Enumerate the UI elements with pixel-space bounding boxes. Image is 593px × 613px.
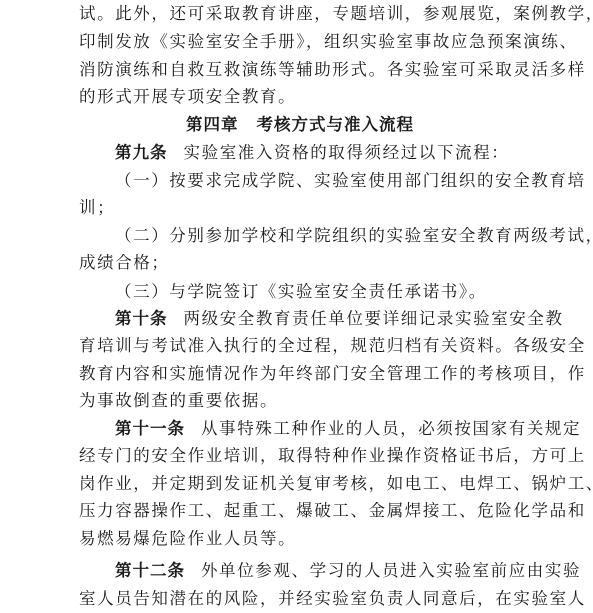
article-9-line: 第九条实验室准入资格的取得须经过以下流程：: [115, 140, 509, 166]
article-9-item-2: （二）分别参加学校和学院组织的实验室安全教育两级考试，: [115, 223, 593, 249]
article-10-line-4: 为事故倒查的重要依据。: [79, 388, 278, 414]
article-9-item-1-cont: 训；: [79, 195, 115, 221]
article-9-label: 第九条: [115, 143, 168, 162]
article-11-line-5: 易燃易爆危险作业人员等。: [79, 526, 296, 552]
article-12-label: 第十二条: [115, 561, 185, 580]
article-9-item-2-cont: 成绩合格；: [79, 250, 170, 276]
paragraph-line: 的形式开展专项安全教育。: [79, 84, 296, 110]
article-12-line-2: 室人员告知潜在的风险，并经实验室负责人同意后，在实验室人: [79, 586, 586, 612]
article-11-line-2: 经专门的安全作业培训，取得特种作业操作资格证书后，方可上: [79, 443, 586, 469]
chapter-title: 考核方式与准入流程: [257, 115, 415, 134]
article-9-item-3: （三）与学院签订《实验室安全责任承诺书》。: [115, 279, 487, 305]
article-10-line: 第十条两级安全教育责任单位要详细记录实验室安全教: [115, 306, 564, 332]
paragraph-line: 试。此外，还可采取教育讲座，专题培训，参观展览，案例教学，: [79, 1, 593, 27]
article-9-item-1: （一）按要求完成学院、实验室使用部门组织的安全教育培: [115, 168, 586, 194]
article-12-line: 第十二条外单位参观、学习的人员进入实验室前应由实验: [115, 558, 581, 584]
paragraph-line: 消防演练和自救互救演练等辅助形式。各实验室可采取灵活多样: [79, 57, 586, 83]
article-11-line-3: 岗作业，并定期到发证机关复审考核，如电工、电焊工、锅炉工、: [79, 471, 593, 497]
article-10-line-3: 教育内容和实施情况作为年终部门安全管理工作的考核项目，作: [79, 361, 586, 387]
article-12-text: 外单位参观、学习的人员进入实验室前应由实验: [201, 561, 581, 580]
article-10-text: 两级安全教育责任单位要详细记录实验室安全教: [184, 309, 564, 328]
article-11-line: 第十一条从事特殊工种作业的人员，必须按国家有关规定: [115, 416, 581, 442]
paragraph-line: 印制发放《实验室安全手册》，组织实验室事故应急预案演练、: [79, 29, 578, 55]
chapter-number: 第四章: [186, 115, 239, 134]
article-9-intro: 实验室准入资格的取得须经过以下流程：: [184, 143, 510, 162]
chapter-heading: 第四章考核方式与准入流程: [79, 112, 521, 138]
article-10-line-2: 育培训与考试准入执行的全过程，规范归档有关资料。各级安全: [79, 333, 586, 359]
article-10-label: 第十条: [115, 309, 168, 328]
article-11-line-4: 压力容器操作工、起重工、爆破工、金属焊接工、危险化学品和: [79, 498, 586, 524]
article-11-label: 第十一条: [115, 419, 185, 438]
article-11-text: 从事特殊工种作业的人员，必须按国家有关规定: [201, 419, 581, 438]
